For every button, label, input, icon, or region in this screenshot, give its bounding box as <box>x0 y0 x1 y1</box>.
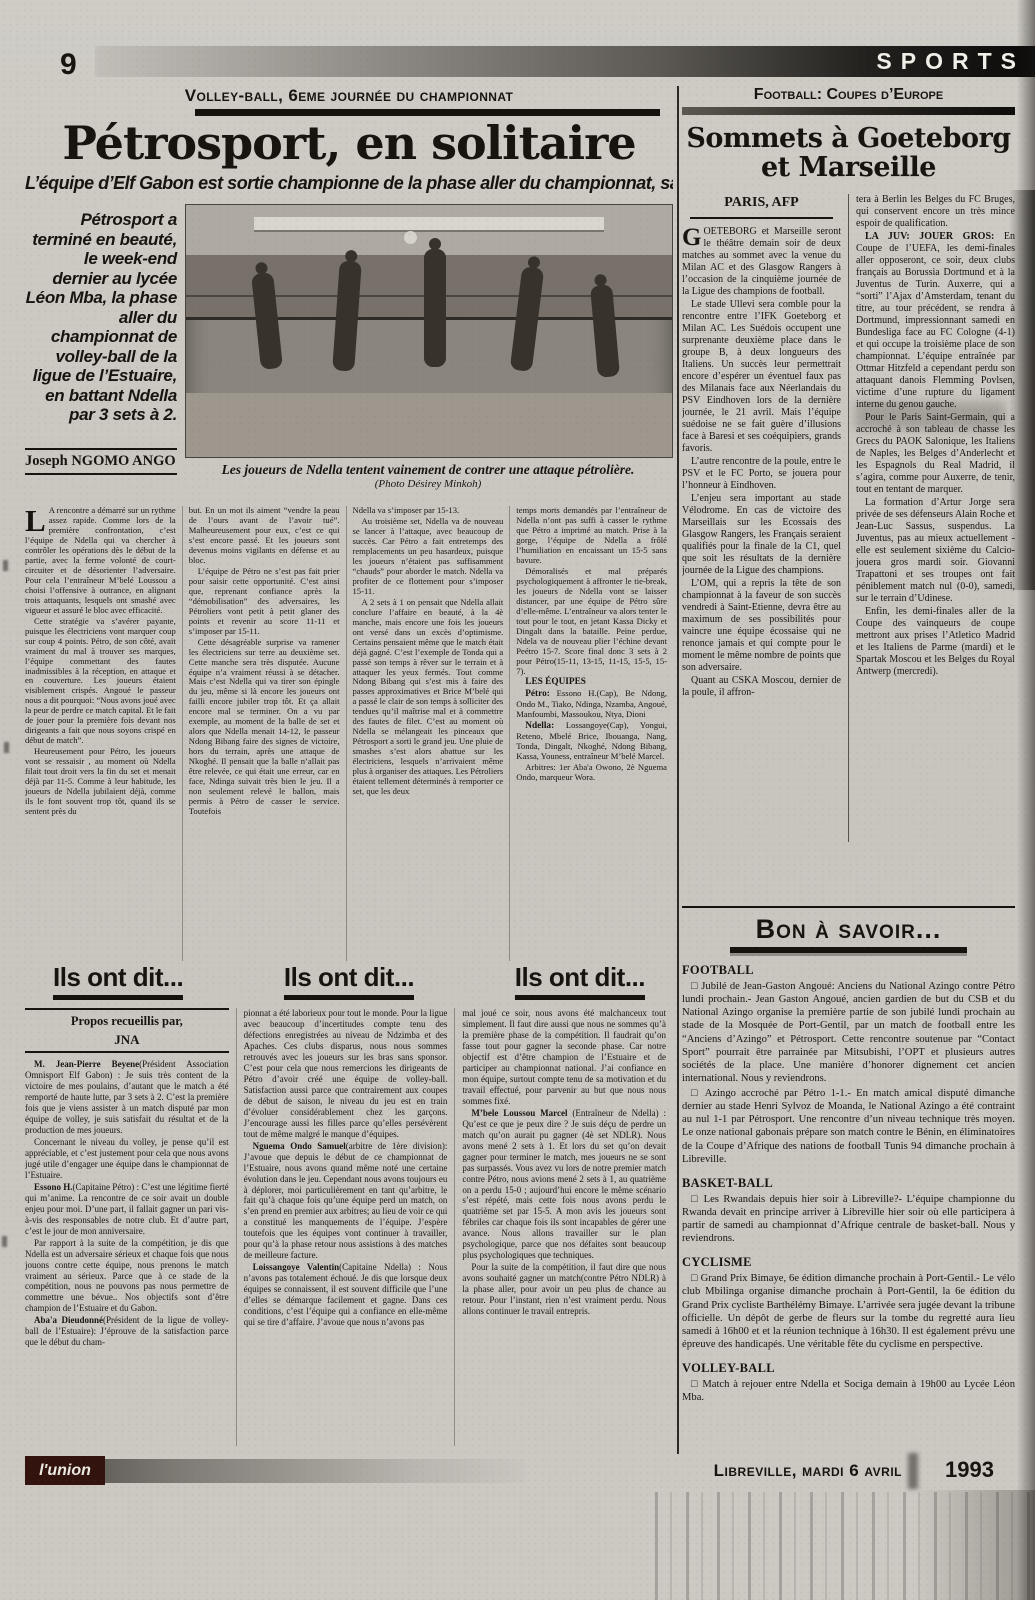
paragraph: LA rencontre a démarré sur un rythme ass… <box>25 506 176 616</box>
football-column-a-text: GOETEBORG et Marseille seront le théâtre… <box>682 226 841 699</box>
quotes-rule <box>53 995 183 1000</box>
paragraph: Concernant le niveau du volley, je pense… <box>25 1137 229 1181</box>
quotes-header-2: Ils ont dit... <box>284 962 414 1000</box>
paragraph: A 2 sets à 1 on pensait que Ndella allai… <box>353 598 504 797</box>
volleyball-subhead: L’équipe d’Elf Gabon est sortie champion… <box>25 173 673 194</box>
paragraph: □ Azingo accroché par Pétro 1-1.- En mat… <box>682 1087 1015 1166</box>
photo-volleyball <box>404 231 417 244</box>
paragraph: Quant au CSKA Moscou, dernier de la poul… <box>682 675 841 699</box>
quotes-columns: Propos recueillis par, JNA M. Jean-Pierr… <box>25 1008 673 1446</box>
paragraph: Cette désagréable surprise va ramener le… <box>189 638 340 817</box>
collector-initials: JNA <box>25 1032 229 1048</box>
paragraph: Nguema Ondo Samuel(arbitre de 1ère divis… <box>244 1141 448 1262</box>
photo-banner <box>254 217 604 230</box>
bon-football-items: □ Jubilé de Jean-Gaston Angoué: Anciens … <box>682 980 1015 1166</box>
dateline: PARIS, AFP <box>690 194 833 219</box>
paragraph: Enfin, les demi-finales aller de la Coup… <box>856 606 1015 678</box>
paragraph: LA JUV: JOUER GROS: En Coupe de l’UEFA, … <box>856 231 1015 411</box>
paragraph: Aba'a Dieudonné(Président de la ligue de… <box>25 1315 229 1348</box>
paragraph: M. Jean-Pierre Beyene(Président Associat… <box>25 1059 229 1136</box>
paragraph: but. En un mot ils aiment “vendre la pea… <box>189 506 340 566</box>
body-column-4-teams: temps morts demandés par l’entraîneur de… <box>509 506 673 961</box>
bon-cyclisme-items: □ Grand Prix Bimaye, 6e édition dimanche… <box>682 1272 1015 1351</box>
football-kicker: Football: Coupes d’Europe <box>682 86 1015 104</box>
feature-block: Pétrosport a terminé en beauté, le week-… <box>25 202 673 504</box>
top-banner-bar: SPORTS <box>95 46 1035 77</box>
paragraph: Arbitres: 1er Aba'a Owono, 2è Nguema Ond… <box>516 763 667 783</box>
football-column-b: tera à Berlin les Belges du FC Bruges, q… <box>849 194 1015 842</box>
quotes-column-1: Propos recueillis par, JNA M. Jean-Pierr… <box>25 1008 236 1446</box>
kicker-rule <box>195 109 660 116</box>
bon-cyclisme-section: CYCLISME □ Grand Prix Bimaye, 6e édition… <box>682 1255 1015 1351</box>
photo-credit: (Photo Désirey Minkoh) <box>185 478 671 490</box>
quotes-column-3: mal joué ce soir, nous avons été malchan… <box>454 1008 673 1446</box>
paragraph: La formation d’Artur Jorge sera privée d… <box>856 497 1015 605</box>
paragraph: L’équipe de Pétro ne s’est pas fait prie… <box>189 567 340 637</box>
football-article: Football: Coupes d’Europe Sommets à Goet… <box>682 86 1015 842</box>
footer-city-date: Libreville, mardi 6 avril <box>714 1461 902 1481</box>
paragraph: Ndella: Lossangoye(Cap), Yongui, Reteno,… <box>516 721 667 762</box>
bon-cyclisme-title: CYCLISME <box>682 1255 1015 1270</box>
bon-volleyball-section: VOLLEY-BALL □ Match à rejouer entre Ndel… <box>682 1361 1015 1404</box>
paragraph: mal joué ce soir, nous avons été malchan… <box>462 1008 666 1107</box>
paragraph: □ Grand Prix Bimaye, 6e édition dimanche… <box>682 1272 1015 1351</box>
bon-a-savoir-header: Bon à savoir... <box>682 914 1015 945</box>
quotes-title: Ils ont dit... <box>284 962 414 993</box>
bon-a-savoir-section: Bon à savoir... FOOTBALL □ Jubilé de Jea… <box>682 906 1015 1454</box>
paragraph: temps morts demandés par l’entraîneur de… <box>516 506 667 566</box>
margin-mark <box>2 1236 7 1247</box>
bon-basketball-title: BASKET-BALL <box>682 1176 1015 1191</box>
quotes-header-1: Ils ont dit... <box>53 962 183 1000</box>
paragraph: Loissangoye Valentin(Capitaine Ndella) :… <box>244 1262 448 1328</box>
paragraph: Par rapport à la suite de la compétition… <box>25 1238 229 1315</box>
paragraph: Pétro: Essono H.(Cap), Be Ndong, Ondo M.… <box>516 689 667 720</box>
quotes-header-3: Ils ont dit... <box>515 962 645 1000</box>
body-column-3: Ndella va s’imposer par 15-13.Au troisiè… <box>346 506 510 961</box>
paragraph: Au troisième set, Ndella va de nouveau s… <box>353 517 504 597</box>
photo-caption-text: Les joueurs de Ndella tentent vainement … <box>185 462 671 478</box>
paragraph: Essono H.(Capitaine Pétro) : C’est une l… <box>25 1182 229 1237</box>
section-top-rule <box>682 906 1015 908</box>
quotes-column-2: pionnat a été laborieux pour tout le mon… <box>236 1008 455 1446</box>
volleyball-kicker: Volley-ball, 6eme journée du championnat <box>25 86 673 106</box>
bon-volleyball-title: VOLLEY-BALL <box>682 1361 1015 1376</box>
photo-floor <box>186 393 672 457</box>
match-photo <box>185 204 673 458</box>
vertical-column-divider <box>677 86 679 1454</box>
paragraph: GOETEBORG et Marseille seront le théâtre… <box>682 226 841 298</box>
paragraph: L’OM, qui a repris la tête de son champi… <box>682 578 841 674</box>
photo-caption: Les joueurs de Ndella tentent vainement … <box>185 462 671 490</box>
paragraph: Pour le Paris Saint-Germain, qui a accro… <box>856 412 1015 496</box>
bon-football-title: FOOTBALL <box>682 963 1015 978</box>
scan-streak <box>908 1453 918 1489</box>
body-column-1: LA rencontre a démarré sur un rythme ass… <box>25 506 182 961</box>
photo-stands <box>186 205 672 255</box>
quotes-rule <box>284 995 414 1000</box>
collected-by-block: Propos recueillis par, JNA <box>25 1008 229 1053</box>
margin-mark <box>3 560 8 571</box>
quotes-title: Ils ont dit... <box>515 962 645 993</box>
football-column-a: PARIS, AFP GOETEBORG et Marseille seront… <box>682 194 849 842</box>
quotes-section: Ils ont dit... Ils ont dit... Ils ont di… <box>25 962 673 1454</box>
article-body-columns: LA rencontre a démarré sur un rythme ass… <box>25 506 673 961</box>
bon-basketball-section: BASKET-BALL □ Les Rwandais depuis hier s… <box>682 1176 1015 1246</box>
paragraph: Pour la suite de la compétition, il faut… <box>462 1262 666 1317</box>
photo-player <box>424 249 446 367</box>
quotes-title: Ils ont dit... <box>53 962 183 993</box>
bon-basketball-items: □ Les Rwandais depuis hier soir à Librev… <box>682 1193 1015 1246</box>
quotes-column-1-text: M. Jean-Pierre Beyene(Président Associat… <box>25 1059 229 1348</box>
newspaper-logo: l'union <box>25 1456 105 1485</box>
paragraph: M’bele Loussou Marcel (Entraîneur de Nde… <box>462 1108 666 1262</box>
bon-volleyball-items: □ Match à rejouer entre Ndella et Sociga… <box>682 1378 1015 1404</box>
paragraph: tera à Berlin les Belges du FC Bruges, q… <box>856 194 1015 230</box>
paragraph: Heureusement pour Pétro, les joueurs von… <box>25 747 176 817</box>
volleyball-article: Volley-ball, 6eme journée du championnat… <box>25 86 673 958</box>
collected-by-label: Propos recueillis par, <box>25 1014 229 1029</box>
paragraph: □ Jubilé de Jean-Gaston Angoué: Anciens … <box>682 980 1015 1085</box>
football-headline: Sommets à Goeteborg et Marseille <box>682 125 1015 182</box>
paragraph: LES ÉQUIPES <box>516 677 667 688</box>
paragraph: □ Match à rejouer entre Ndella et Sociga… <box>682 1378 1015 1404</box>
quotes-rule <box>515 995 645 1000</box>
footer-year: 1993 <box>945 1457 994 1483</box>
football-kicker-bar <box>682 107 1015 115</box>
bon-a-savoir-rule <box>730 947 967 953</box>
page-number: 9 <box>60 48 77 82</box>
paragraph: Démoralisés et mal préparés psychologiqu… <box>516 567 667 677</box>
paragraph: □ Les Rwandais depuis hier soir à Librev… <box>682 1193 1015 1246</box>
football-columns: PARIS, AFP GOETEBORG et Marseille seront… <box>682 194 1015 842</box>
section-banner: SPORTS <box>876 48 1035 75</box>
paragraph: pionnat a été laborieux pour tout le mon… <box>244 1008 448 1140</box>
scan-edge-right <box>1017 0 1035 1600</box>
bon-football-section: FOOTBALL □ Jubilé de Jean-Gaston Angoué:… <box>682 963 1015 1166</box>
page-footer: l'union Libreville, mardi 6 avril 1993 <box>25 1458 1010 1484</box>
article-byline: Joseph NGOMO ANGO <box>25 448 177 475</box>
paragraph: Ndella va s’imposer par 15-13. <box>353 506 504 516</box>
paragraph: Le stade Ullevi sera comble pour la renc… <box>682 299 841 455</box>
newspaper-page: 9 SPORTS Volley-ball, 6eme journée du ch… <box>0 0 1035 1600</box>
article-lede: Pétrosport a terminé en beauté, le week-… <box>25 210 177 425</box>
paragraph: L’autre rencontre de la poule, entre le … <box>682 456 841 492</box>
paragraph: Cette stratégie va s’avérer payante, pui… <box>25 617 176 747</box>
quotes-headers-row: Ils ont dit... Ils ont dit... Ils ont di… <box>25 962 673 1000</box>
margin-mark <box>4 742 9 753</box>
paragraph: L’enjeu sera important au stade Vélodrom… <box>682 493 841 577</box>
body-column-2: but. En un mot ils aiment “vendre la pea… <box>182 506 346 961</box>
volleyball-headline: Pétrosport, en solitaire <box>25 120 673 166</box>
